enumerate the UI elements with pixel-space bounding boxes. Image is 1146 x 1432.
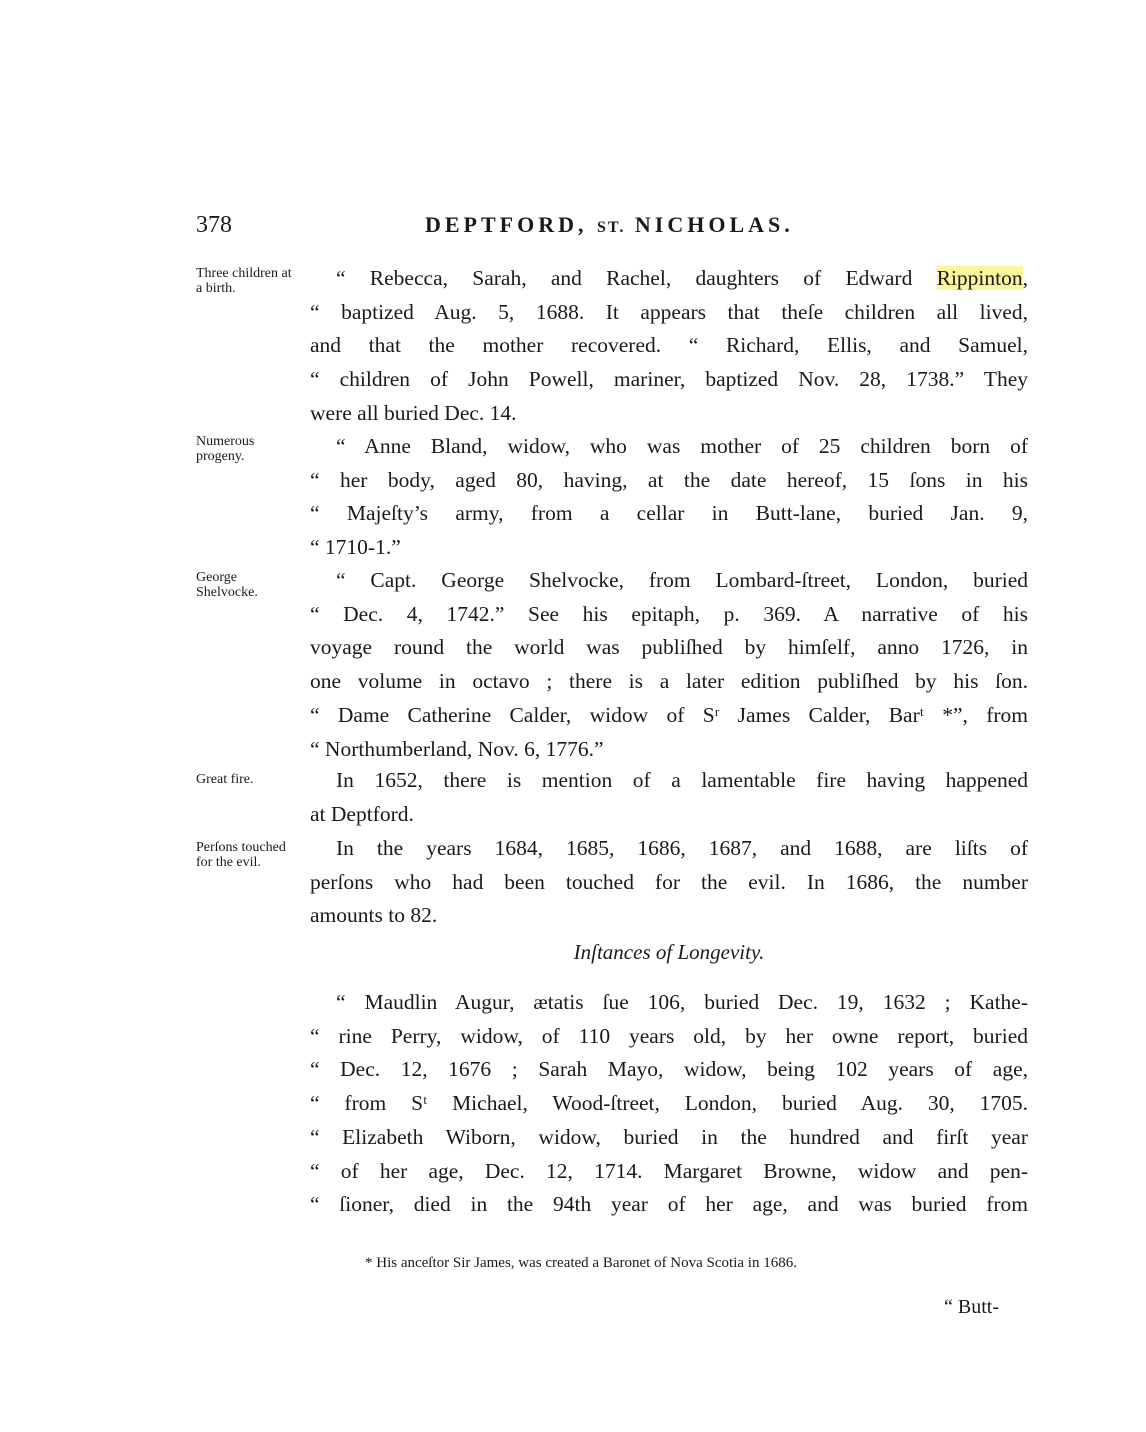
text-line: “ Maudlin Augur, ætatis ſue 106, buried … <box>310 986 1028 1020</box>
text-line: one volume in octavo ; there is a later … <box>310 665 1028 699</box>
text-line: “ from Sᵗ Michael, Wood-ſtreet, London, … <box>310 1087 1028 1121</box>
paragraph-shelvocke: “ Capt. George Shelvocke, from Lombard-ſ… <box>310 564 1028 766</box>
paragraph-great-fire: In 1652, there is mention of a lamentabl… <box>310 764 1028 831</box>
margin-note-george-shelvocke: George Shelvocke. <box>196 570 296 600</box>
text-line: and that the mother recovered. “ Richard… <box>310 329 1028 363</box>
text-line: perſons who had been touched for the evi… <box>310 866 1028 900</box>
margin-note-numerous-progeny: Numerous progeny. <box>196 434 296 464</box>
text-line: “ Anne Bland, widow, who was mother of 2… <box>310 430 1028 464</box>
text-line: “ Northumberland, Nov. 6, 1776.” <box>310 733 1028 767</box>
text-line: voyage round the world was publiſhed by … <box>310 631 1028 665</box>
running-head-part2: NICHOLAS. <box>625 212 793 237</box>
margin-note-three-children: Three children at a birth. <box>196 266 296 296</box>
running-head: DEPTFORD, ST. NICHOLAS. <box>425 212 794 238</box>
search-highlight: Rippinton <box>937 266 1023 290</box>
page-number: 378 <box>196 212 232 239</box>
running-head-st: ST. <box>597 219 625 236</box>
text-line: In the years 1684, 1685, 1686, 1687, and… <box>310 832 1028 866</box>
text-line: “ her body, aged 80, having, at the date… <box>310 464 1028 498</box>
text-line: “ rine Perry, widow, of 110 years old, b… <box>310 1020 1028 1054</box>
text-line: “ Dec. 4, 1742.” See his epitaph, p. 369… <box>310 598 1028 632</box>
text-line: In 1652, there is mention of a lamentabl… <box>310 764 1028 798</box>
text-line: “ Dec. 12, 1676 ; Sarah Mayo, widow, bei… <box>310 1053 1028 1087</box>
text-line: “ of her age, Dec. 12, 1714. Margaret Br… <box>310 1155 1028 1189</box>
text-line: “ ſioner, died in the 94th year of her a… <box>310 1188 1028 1222</box>
text-line: “ Capt. George Shelvocke, from Lombard-ſ… <box>310 564 1028 598</box>
text-line: “ Elizabeth Wiborn, widow, buried in the… <box>310 1121 1028 1155</box>
text-run: “ Rebecca, Sarah, and Rachel, daughters … <box>336 266 937 290</box>
paragraph-longevity: “ Maudlin Augur, ætatis ſue 106, buried … <box>310 986 1028 1222</box>
text-line: “ Rebecca, Sarah, and Rachel, daughters … <box>310 262 1028 296</box>
margin-note-great-fire: Great fire. <box>196 772 296 787</box>
text-line: “ 1710-1.” <box>310 531 1028 565</box>
paragraph-rippinton: “ Rebecca, Sarah, and Rachel, daughters … <box>310 262 1028 431</box>
margin-note-persons-touched: Perſons touched for the evil. <box>196 840 296 870</box>
running-head-part1: DEPTFORD, <box>425 212 597 237</box>
text-line: at Deptford. <box>310 798 1028 832</box>
text-line: amounts to 82. <box>310 899 1028 933</box>
paragraph-touched-for-evil: In the years 1684, 1685, 1686, 1687, and… <box>310 832 1028 933</box>
catchword: “ Butt- <box>944 1296 999 1319</box>
text-run: , <box>1023 266 1028 290</box>
text-line: “ Majeſty’s army, from a cellar in Butt-… <box>310 497 1028 531</box>
footnote: * His anceſtor Sir James, was created a … <box>365 1255 797 1272</box>
section-heading-longevity: Inſtances of Longevity. <box>310 940 1028 965</box>
text-line: “ Dame Catherine Calder, widow of Sʳ Jam… <box>310 699 1028 733</box>
paragraph-anne-bland: “ Anne Bland, widow, who was mother of 2… <box>310 430 1028 565</box>
text-line: were all buried Dec. 14. <box>310 397 1028 431</box>
text-line: “ baptized Aug. 5, 1688. It appears that… <box>310 296 1028 330</box>
text-line: “ children of John Powell, mariner, bapt… <box>310 363 1028 397</box>
